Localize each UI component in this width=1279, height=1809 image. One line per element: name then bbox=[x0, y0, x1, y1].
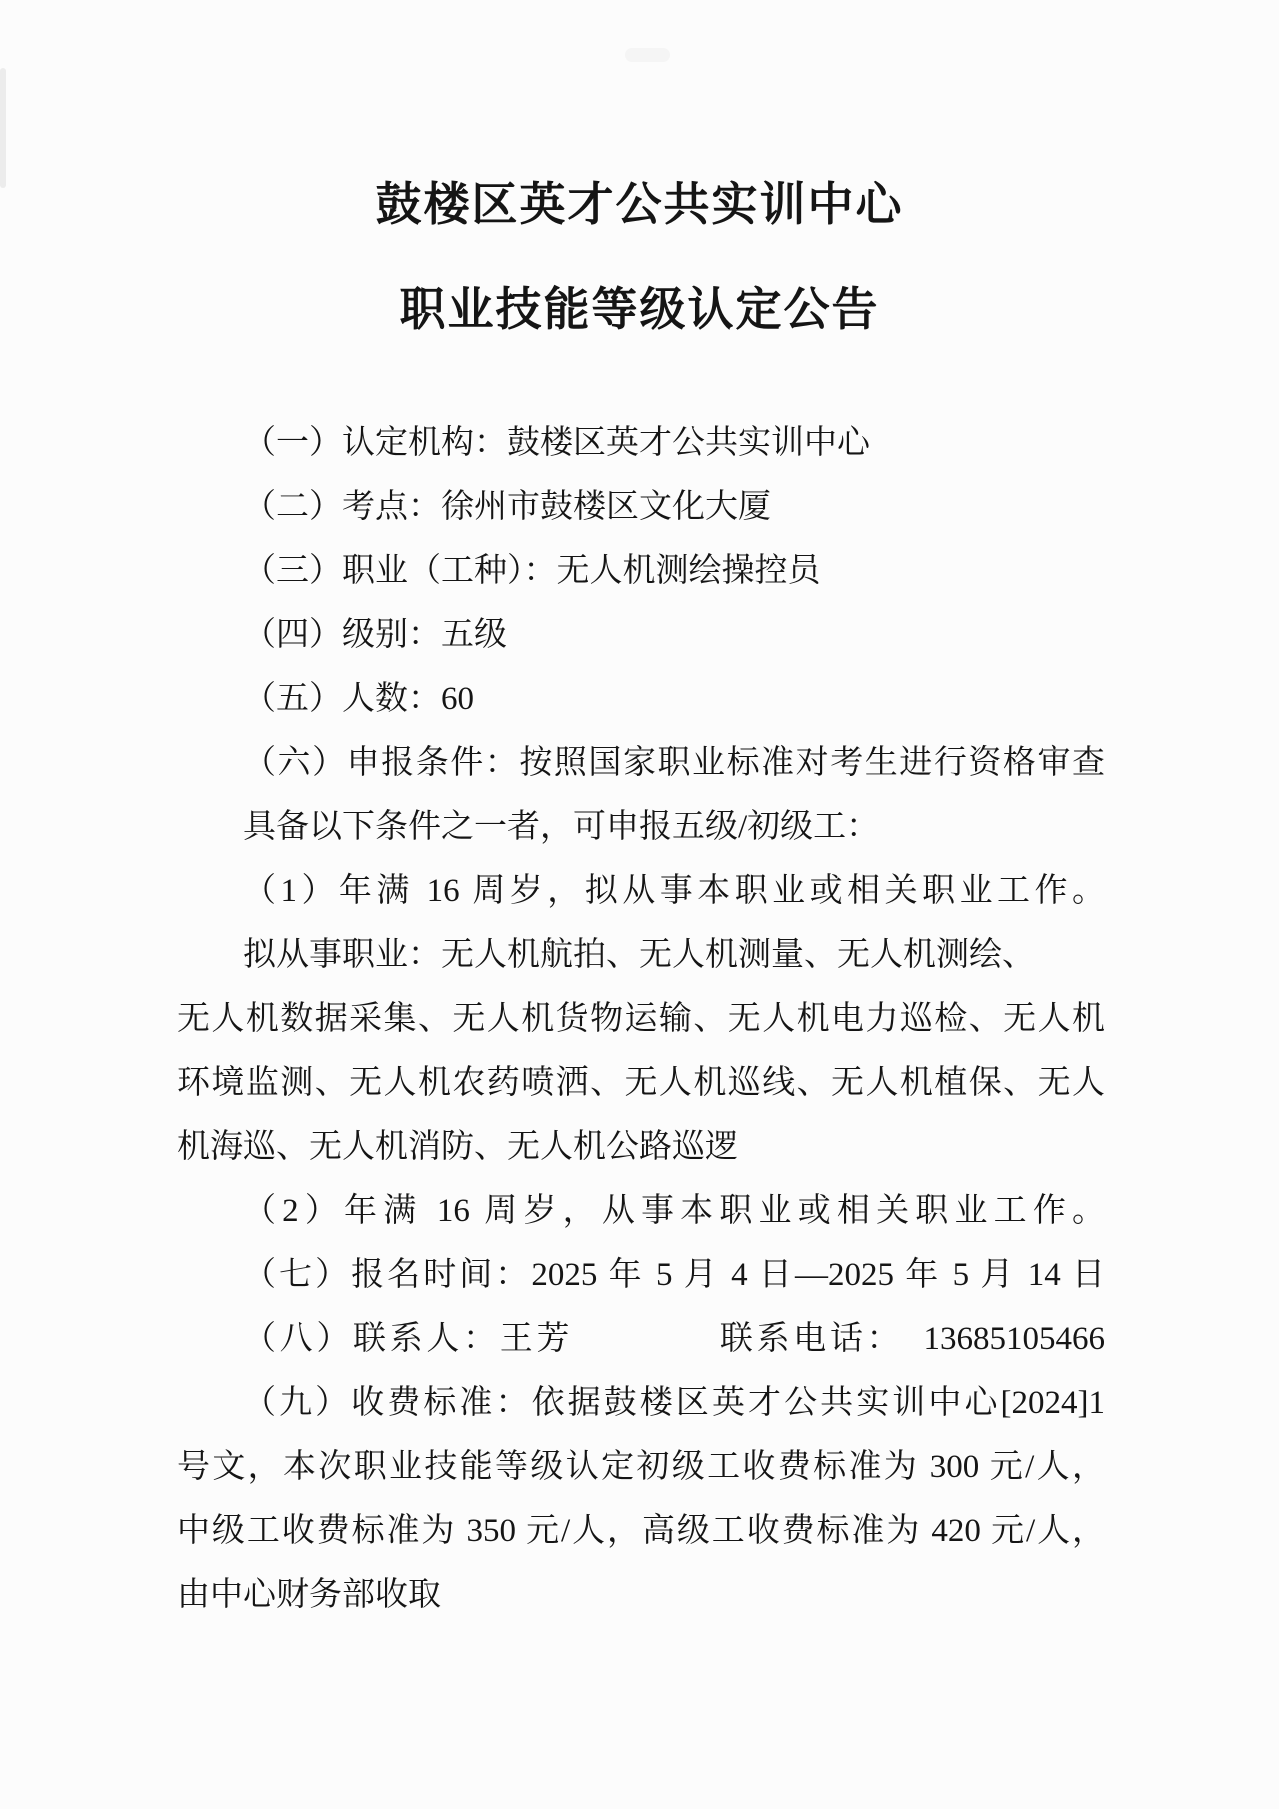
intended-occupations-intro: 拟从事职业：无人机航拍、无人机测量、无人机测绘、 bbox=[177, 923, 1105, 987]
scan-artifact-top-smudge bbox=[625, 48, 670, 62]
scan-artifact-left-edge bbox=[0, 68, 6, 188]
document-page: 鼓楼区英才公共实训中心 职业技能等级认定公告 （一）认定机构：鼓楼区英才公共实训… bbox=[0, 0, 1279, 1809]
item-9-fees: （九）收费标准：依据鼓楼区英才公共实训中心[2024]1 bbox=[177, 1371, 1105, 1435]
document-title-line-1: 鼓楼区英才公共实训中心 bbox=[0, 180, 1279, 230]
fees-line-3: 中级工收费标准为 350 元/人，高级工收费标准为 420 元/人， bbox=[177, 1499, 1105, 1563]
occupations-line-2: 无人机数据采集、无人机货物运输、无人机电力巡检、无人机 bbox=[177, 987, 1105, 1051]
item-3-occupation: （三）职业（工种）：无人机测绘操控员 bbox=[177, 539, 1105, 603]
item-2-exam-site: （二）考点：徐州市鼓楼区文化大厦 bbox=[177, 475, 1105, 539]
document-body: （一）认定机构：鼓楼区英才公共实训中心 （二）考点：徐州市鼓楼区文化大厦 （三）… bbox=[177, 411, 1105, 1627]
condition-1: （1）年满 16 周岁，拟从事本职业或相关职业工作。 bbox=[177, 859, 1105, 923]
document-title-line-2: 职业技能等级认定公告 bbox=[0, 285, 1279, 335]
item-4-level: （四）级别：五级 bbox=[177, 603, 1105, 667]
fees-line-2: 号文，本次职业技能等级认定初级工收费标准为 300 元/人， bbox=[177, 1435, 1105, 1499]
item-8-contact: （八）联系人：王芳 联系电话： 13685105466 bbox=[177, 1307, 1105, 1371]
item-5-headcount: （五）人数：60 bbox=[177, 667, 1105, 731]
occupations-line-4: 机海巡、无人机消防、无人机公路巡逻 bbox=[177, 1115, 1105, 1179]
occupations-line-3: 环境监测、无人机农药喷洒、无人机巡线、无人机植保、无人 bbox=[177, 1051, 1105, 1115]
item-6-application-conditions: （六）申报条件：按照国家职业标准对考生进行资格审查 bbox=[177, 731, 1105, 795]
item-1-certifying-body: （一）认定机构：鼓楼区英才公共实训中心 bbox=[177, 411, 1105, 475]
condition-2: （2）年满 16 周岁，从事本职业或相关职业工作。 bbox=[177, 1179, 1105, 1243]
fees-collection: 由中心财务部收取 bbox=[177, 1563, 1105, 1627]
item-7-registration-period: （七）报名时间：2025 年 5 月 4 日—2025 年 5 月 14 日 bbox=[177, 1243, 1105, 1307]
condition-intro: 具备以下条件之一者，可申报五级/初级工： bbox=[177, 795, 1105, 859]
